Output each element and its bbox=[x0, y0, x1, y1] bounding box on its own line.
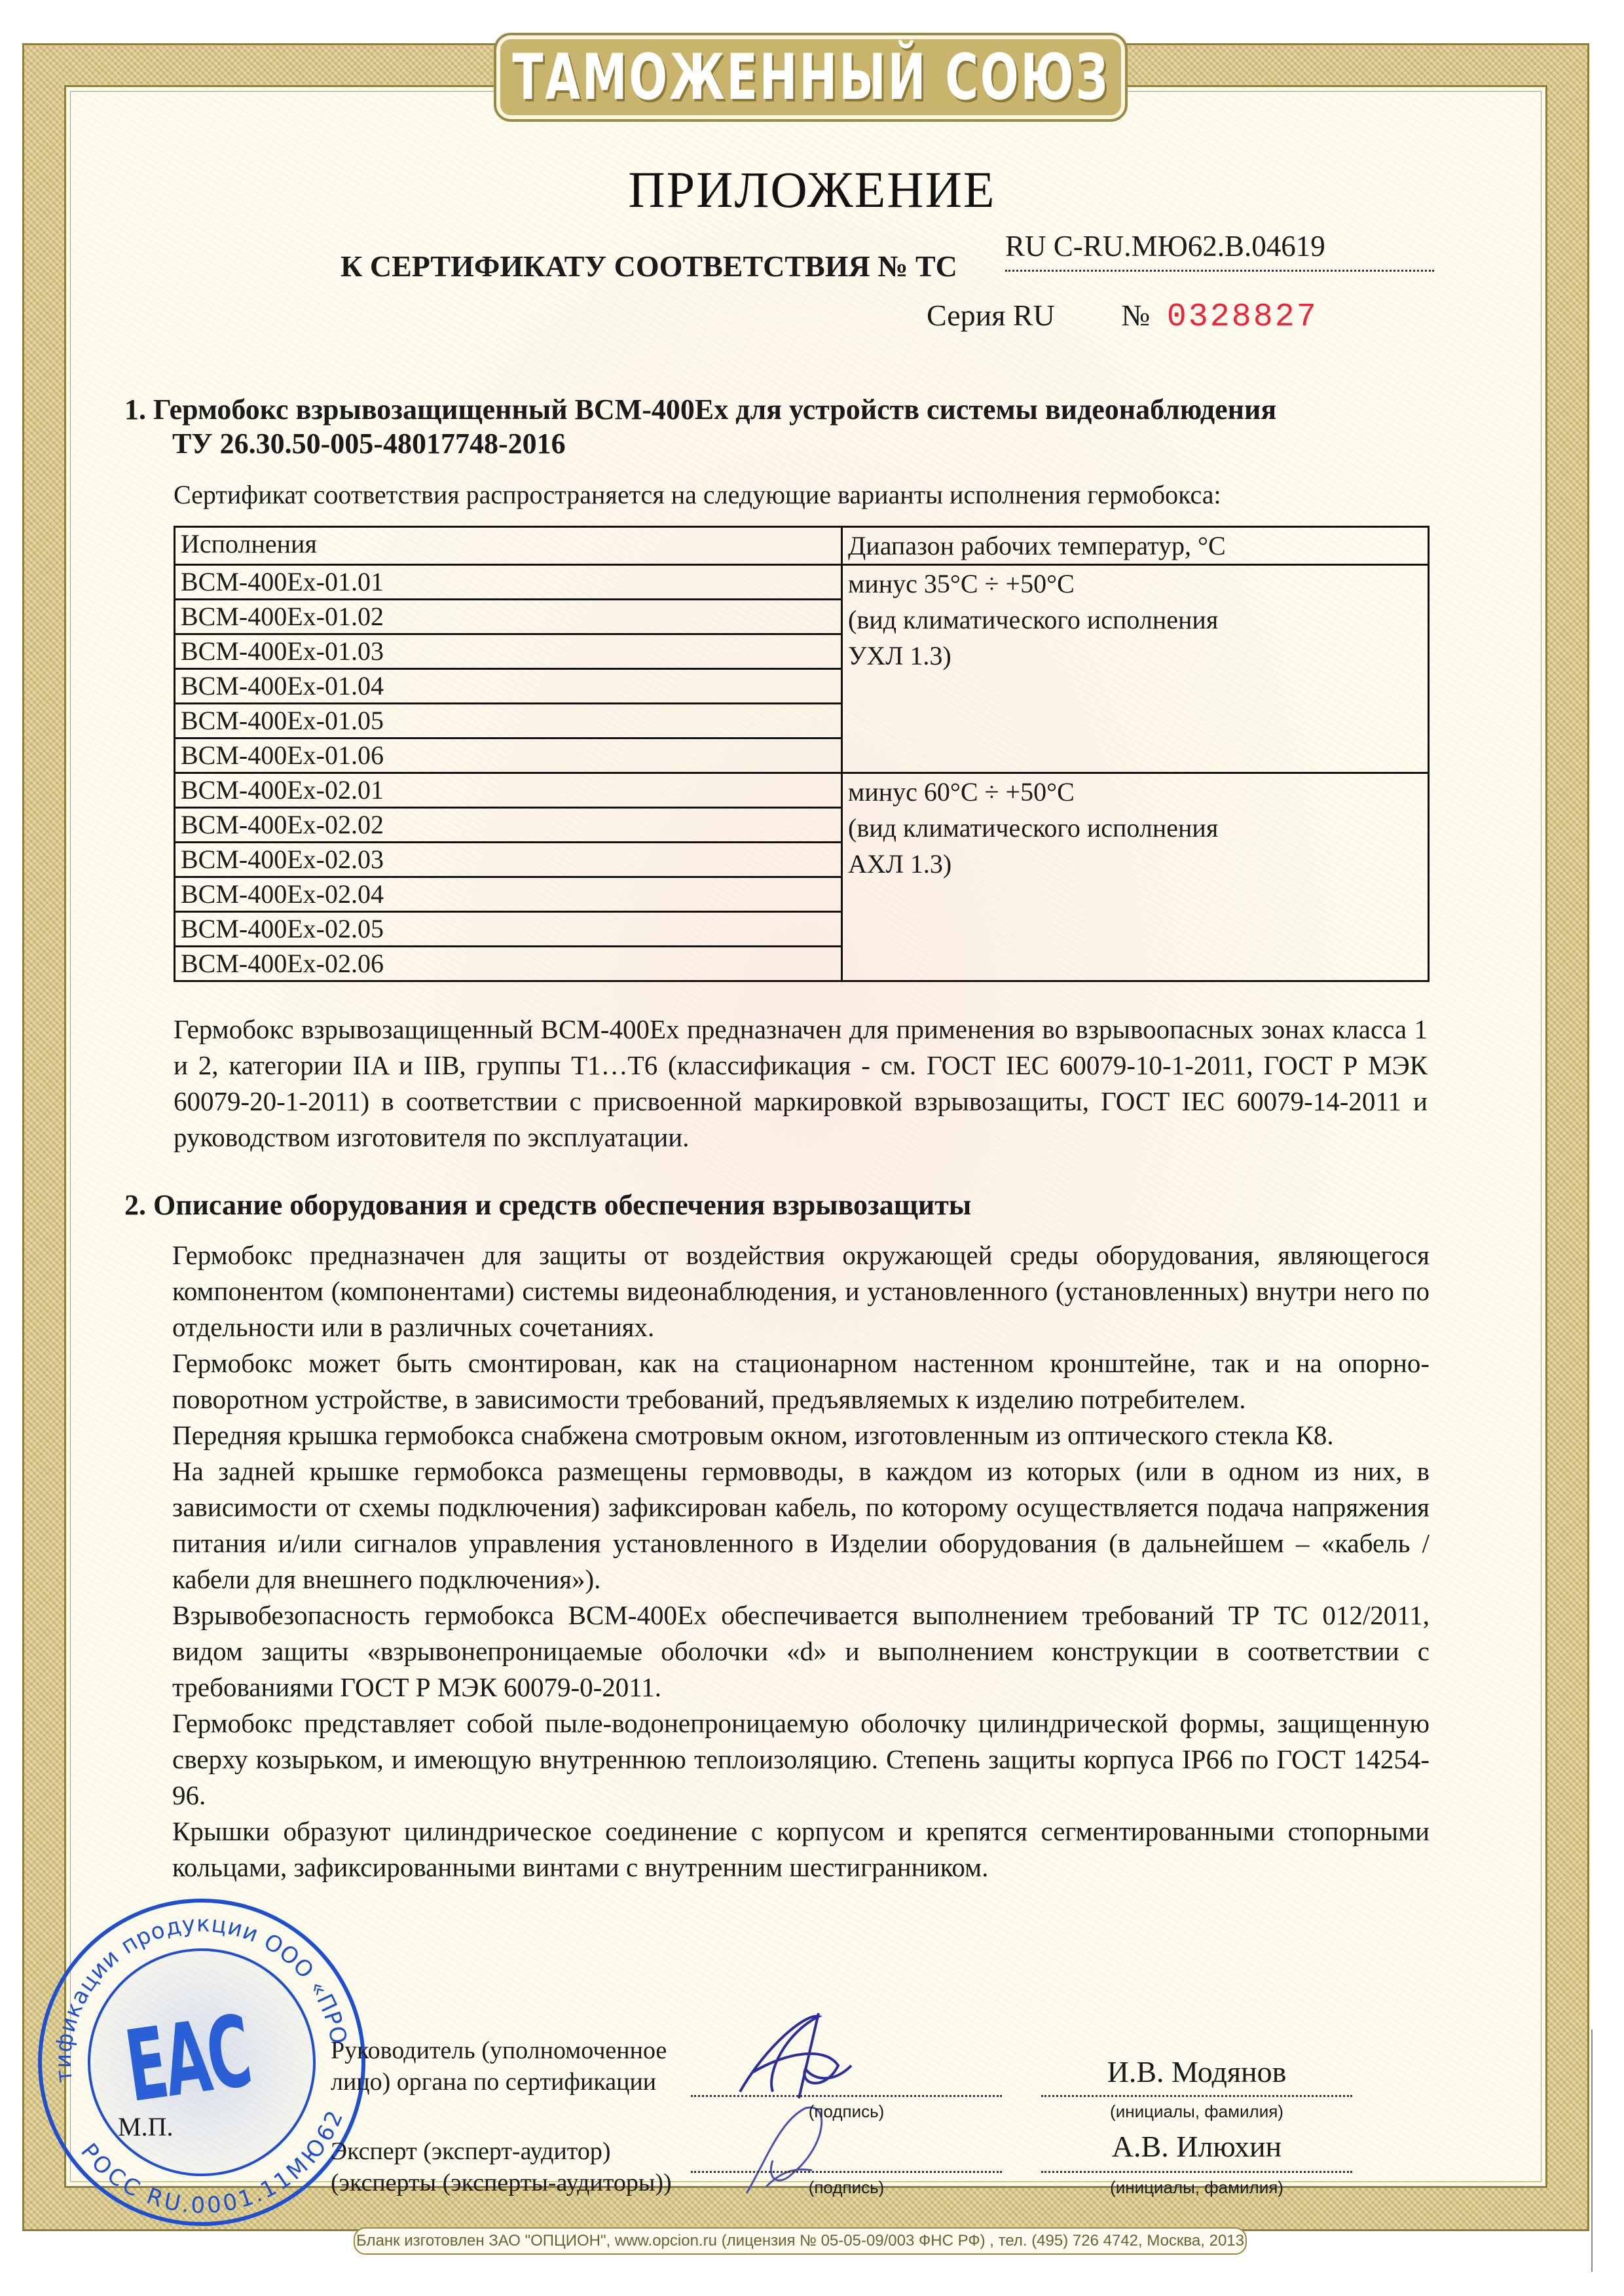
table-header-row: Исполнения Диапазон рабочих температур, … bbox=[175, 527, 1429, 565]
number-sign: № bbox=[1121, 299, 1150, 332]
eac-logo-icon: ЕАС bbox=[119, 1999, 225, 2125]
name-caption: (инициалы, фамилия) bbox=[1041, 2178, 1352, 2198]
certificate-number: RU C-RU.МЮ62.В.04619 bbox=[1005, 229, 1434, 272]
head-label-line1: Руководитель (уполномоченное bbox=[331, 2035, 667, 2066]
column-header-temperature: Диапазон рабочих температур, °С bbox=[842, 527, 1429, 565]
signature-caption: (подпись) bbox=[691, 2178, 1002, 2198]
form-number: 0328827 bbox=[1167, 299, 1318, 336]
paragraph: Крышки образуют цилиндрическое соединени… bbox=[172, 1813, 1430, 1886]
head-signature-line bbox=[691, 2095, 1002, 2097]
variant-cell: ВСМ-400Ex-01.06 bbox=[175, 738, 842, 773]
head-label-line2: лицо) органа по сертификации bbox=[331, 2066, 667, 2098]
variant-cell: ВСМ-400Ex-02.02 bbox=[175, 808, 842, 843]
range-value: минус 35°С ÷ +50°С bbox=[848, 566, 1422, 602]
paragraph: Гермобокс может быть смонтирован, как на… bbox=[172, 1345, 1430, 1417]
expert-name: А.В. Илюхин bbox=[1041, 2129, 1352, 2164]
variants-table: Исполнения Диапазон рабочих температур, … bbox=[174, 526, 1430, 982]
expert-signature-line bbox=[691, 2171, 1002, 2173]
head-name-line bbox=[1041, 2095, 1352, 2097]
head-name: И.В. Модянов bbox=[1041, 2054, 1352, 2089]
table-row: ВСМ-400Ex-01.01 минус 35°С ÷ +50°С (вид … bbox=[175, 565, 1429, 600]
banner-text: ТАМОЖЕННЫЙ СОЮЗ bbox=[512, 41, 1109, 114]
variant-cell: ВСМ-400Ex-01.05 bbox=[175, 704, 842, 738]
variant-cell: ВСМ-400Ex-02.05 bbox=[175, 912, 842, 947]
climate-label: (вид климатического исполнения bbox=[848, 810, 1422, 846]
table-row: ВСМ-400Ex-02.01 минус 60°С ÷ +50°С (вид … bbox=[175, 773, 1429, 808]
paragraph: Гермобокс представляет собой пыле-водоне… bbox=[172, 1705, 1430, 1813]
seal-place-label: М.П. bbox=[118, 2111, 173, 2142]
variant-cell: ВСМ-400Ex-01.02 bbox=[175, 600, 842, 634]
climate-code: АХЛ 1.3) bbox=[848, 846, 1422, 882]
variant-cell: ВСМ-400Ex-02.01 bbox=[175, 773, 842, 808]
column-header-variants: Исполнения bbox=[175, 527, 842, 565]
section1-heading: 1. Гермобокс взрывозащищенный ВСМ-400Ex … bbox=[124, 393, 1276, 426]
section1-spec: ТУ 26.30.50-005-48017748-2016 bbox=[172, 427, 566, 460]
paragraph: Гермобокс предназначен для защиты от воз… bbox=[172, 1237, 1430, 1345]
section2-body: Гермобокс предназначен для защиты от воз… bbox=[172, 1237, 1430, 1886]
signature-caption: (подпись) bbox=[691, 2102, 1002, 2122]
certificate-label: К СЕРТИФИКАТУ СООТВЕТСТВИЯ № ТС bbox=[341, 249, 957, 283]
temperature-range-cell: минус 60°С ÷ +50°С (вид климатического и… bbox=[842, 773, 1429, 981]
blank-printer-note: Бланк изготовлен ЗАО "ОПЦИОН", www.opcio… bbox=[354, 2227, 1247, 2255]
expert-name-line bbox=[1041, 2171, 1352, 2173]
variant-cell: ВСМ-400Ex-02.03 bbox=[175, 843, 842, 877]
range-value: минус 60°С ÷ +50°С bbox=[848, 774, 1422, 810]
expert-label-line1: Эксперт (эксперт-аудитор) bbox=[331, 2136, 672, 2167]
paragraph: Взрывобезопасность гермобокса ВСМ-400Ex … bbox=[172, 1597, 1430, 1705]
climate-code: УХЛ 1.3) bbox=[848, 638, 1422, 674]
variant-cell: ВСМ-400Ex-02.06 bbox=[175, 947, 842, 981]
head-label: Руководитель (уполномоченное лицо) орган… bbox=[331, 2035, 667, 2098]
temperature-range-cell: минус 35°С ÷ +50°С (вид климатического и… bbox=[842, 565, 1429, 773]
section2-heading: 2. Описание оборудования и средств обесп… bbox=[124, 1188, 971, 1222]
section1-description: Гермобокс взрывозащищенный ВСМ-400Ex пре… bbox=[174, 1011, 1428, 1156]
paragraph: На задней крышке гермобокса размещены ге… bbox=[172, 1453, 1430, 1597]
section1-intro: Сертификат соответствия распространяется… bbox=[174, 477, 1221, 513]
expert-label: Эксперт (эксперт-аудитор) (эксперты (экс… bbox=[331, 2136, 672, 2198]
series-line: Серия RU № 0328827 bbox=[927, 298, 1318, 336]
document-title: ПРИЛОЖЕНИЕ bbox=[0, 160, 1624, 219]
variant-cell: ВСМ-400Ex-01.03 bbox=[175, 634, 842, 669]
page-edge-line bbox=[1591, 2030, 1593, 2272]
expert-label-line2: (эксперты (эксперты-аудиторы)) bbox=[331, 2167, 672, 2198]
paragraph: Передняя крышка гермобокса снабжена смот… bbox=[172, 1417, 1430, 1453]
series-label: Серия RU bbox=[927, 299, 1055, 332]
climate-label: (вид климатического исполнения bbox=[848, 602, 1422, 638]
variant-cell: ВСМ-400Ex-01.01 bbox=[175, 565, 842, 600]
name-caption: (инициалы, фамилия) bbox=[1041, 2102, 1352, 2122]
customs-union-banner: ТАМОЖЕННЫЙ СОЮЗ bbox=[496, 35, 1125, 119]
variant-cell: ВСМ-400Ex-02.04 bbox=[175, 877, 842, 912]
variant-cell: ВСМ-400Ex-01.04 bbox=[175, 669, 842, 704]
